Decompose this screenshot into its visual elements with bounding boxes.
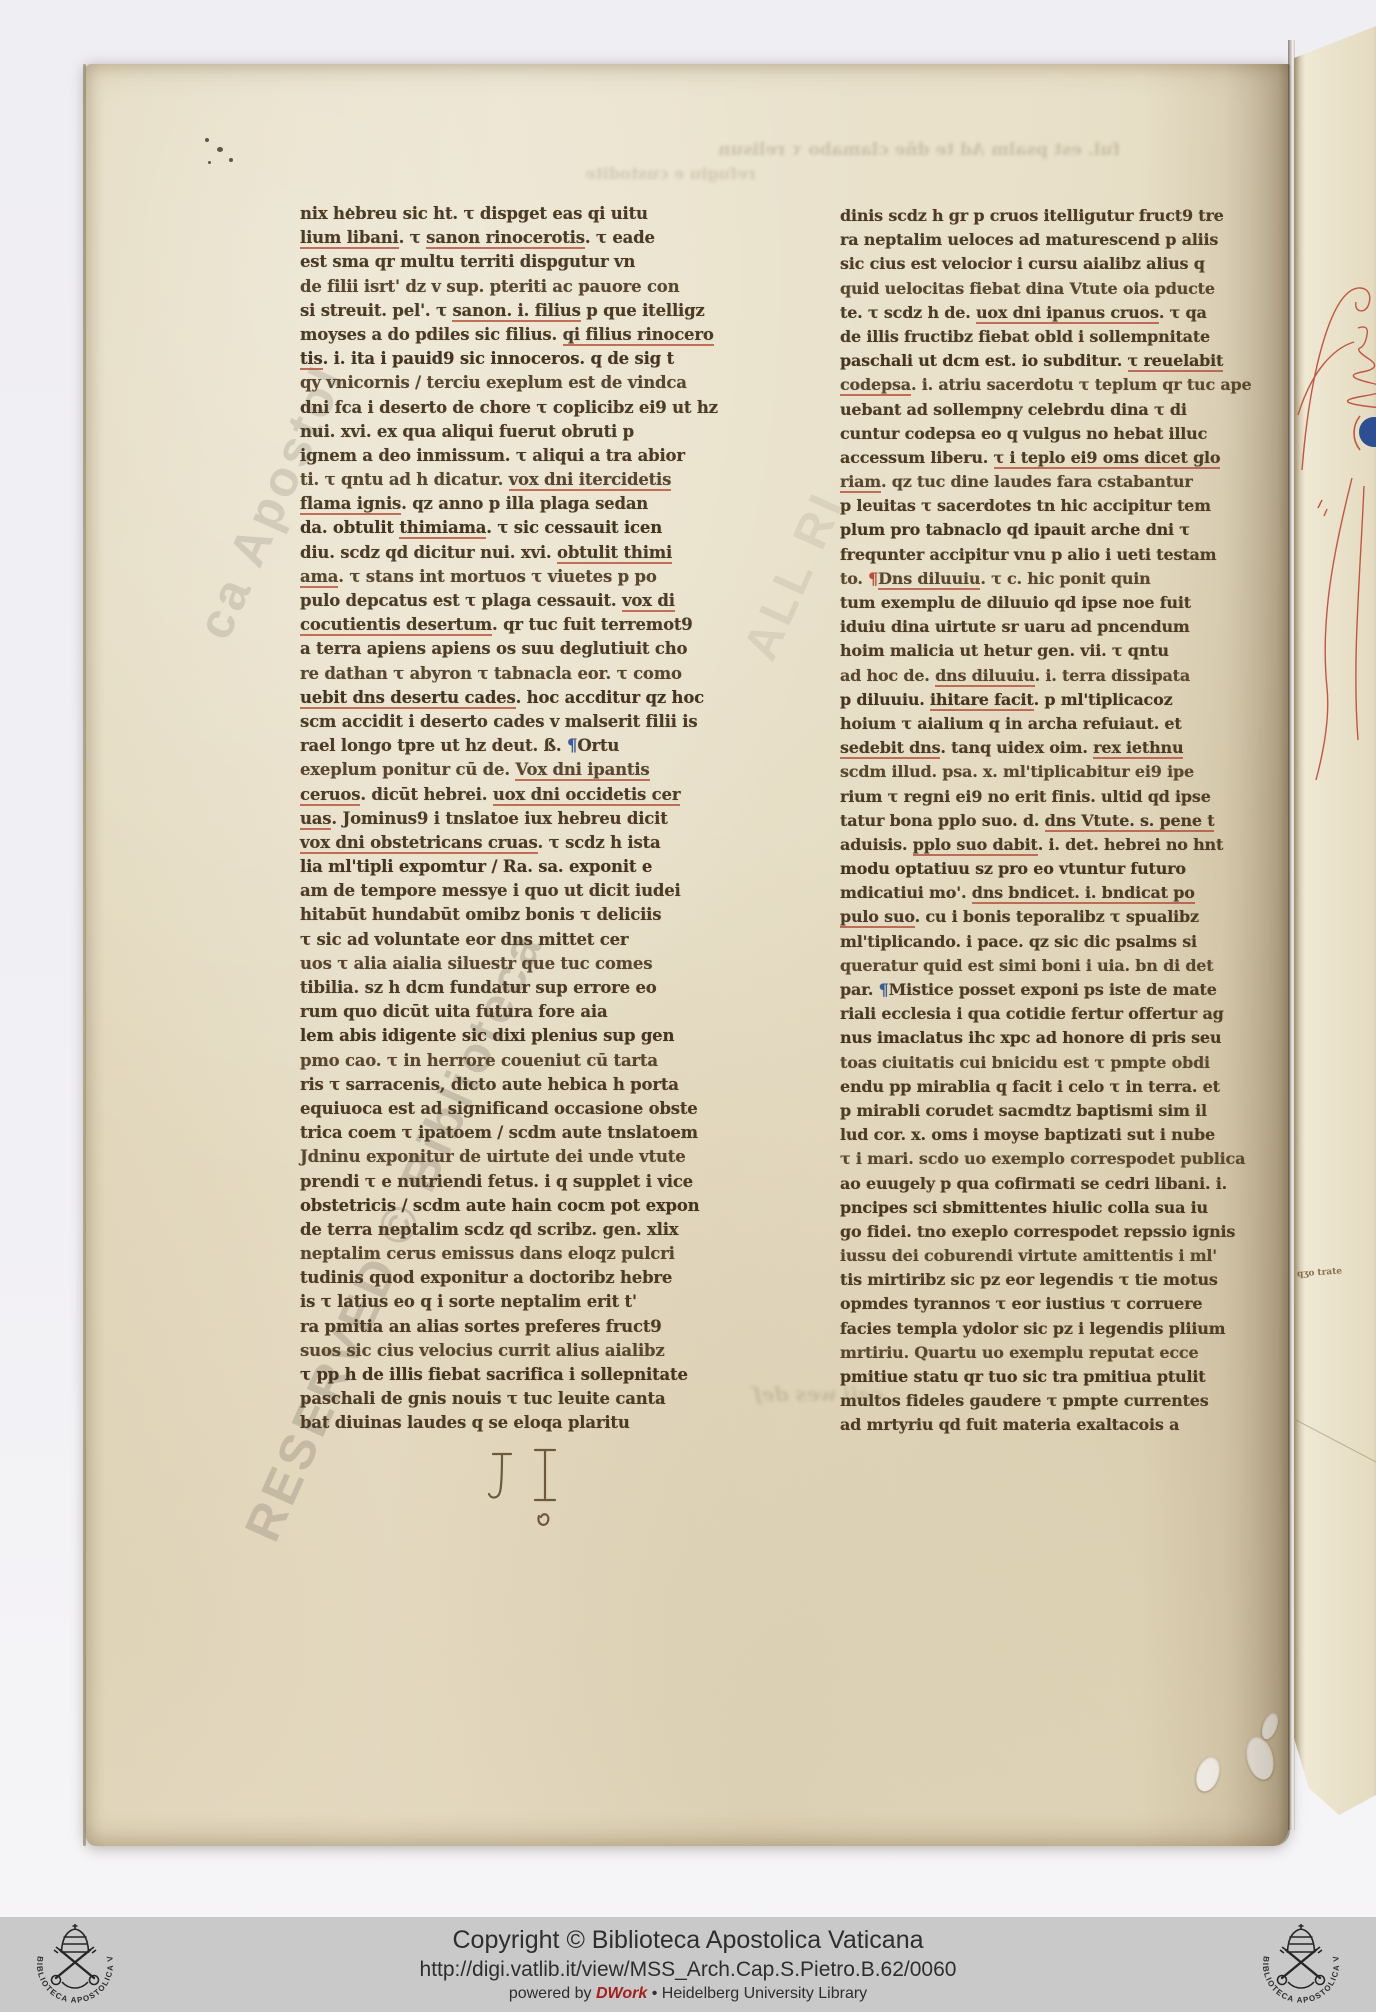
red-underlined-lemma: pplo suo dabit (913, 835, 1038, 856)
manuscript-line: exeplum ponitur cū de. Vox dni ipantis (300, 758, 782, 782)
footer-bar: BIBLIOTECA APOSTOLICA VATICANA Copyright… (0, 1917, 1376, 2012)
manuscript-line: flama ignis. qz anno p illa plaga sedan (300, 492, 782, 516)
ink-spot (208, 161, 211, 164)
manuscript-line: tis. i. ita i pauid9 sic innoceros. q de… (300, 347, 782, 371)
manuscript-line: a terra apiens apiens os suu deglutiuit … (300, 637, 782, 661)
manuscript-line: tudinis quod exponitur a doctoribz hebre (300, 1266, 782, 1290)
red-underlined-lemma: cocutientis desertum (300, 615, 492, 636)
red-underlined-lemma: sanon rinocerotis (426, 228, 585, 249)
red-underlined-lemma: uebit dns desertu cades (300, 688, 516, 709)
red-underlined-lemma: thimiama (399, 518, 486, 539)
manuscript-line: τ sic ad voluntate eor dns mittet cer (300, 928, 782, 952)
manuscript-line: am de tempore messye i quo ut dicit iude… (300, 879, 782, 903)
red-underlined-lemma: obtulit thimi (557, 543, 672, 564)
red-underlined-lemma: ama (300, 567, 338, 588)
manuscript-line: bat diuinas laudes q se eloqa plaritu (300, 1411, 782, 1435)
powered-by-suffix: • Heidelberg University Library (647, 1985, 867, 2002)
ink-spot (217, 147, 223, 152)
red-underlined-lemma: Dns diluuiu (878, 569, 980, 590)
pen-trial-marks (475, 1442, 585, 1552)
red-underlined-lemma: codepsa (840, 375, 911, 396)
manuscript-line: est sma qr multu territi dispgutur vn (300, 250, 782, 274)
manuscript-line: si streuit. pel'. τ sanon. i. filius p q… (300, 299, 782, 323)
red-underlined-lemma: uas (300, 809, 331, 830)
red-underlined-lemma: Vox dni ipantis (515, 760, 649, 781)
digitized-manuscript-viewer: RESERVED © Biblioteca ca Apostol ALL RI … (0, 0, 1376, 2012)
dwork-brand: DWork (596, 1985, 647, 2002)
manuscript-line: paschali de gnis nouis τ tuc leuite cant… (300, 1387, 782, 1411)
manuscript-line: is τ latius eo q i sorte neptalim erit t… (300, 1290, 782, 1314)
footer-text-block: Copyright © Biblioteca Apostolica Vatica… (150, 1926, 1226, 2003)
manuscript-line: ceruos. dicūt hebrei. uox dni occidetis … (300, 783, 782, 807)
manuscript-line: trica coem τ ipatoem / scdm aute tnslato… (300, 1121, 782, 1145)
manuscript-line: qy vnicornis / terciu exeplum est de vin… (300, 371, 782, 395)
manuscript-line: dni fca i deserto de chore τ coplicibz e… (300, 396, 782, 420)
manuscript-line: prendi τ e nutriendi fetus. i q supplet … (300, 1170, 782, 1194)
red-underlined-lemma: sanon. i. filius (452, 301, 580, 322)
paragraph-mark: ¶ (567, 736, 577, 755)
blue-initial-fragment (1359, 417, 1376, 447)
penwork-flourish (1294, 240, 1376, 800)
manuscript-line: lem abis idigente sic dixi plenius sup g… (300, 1024, 782, 1048)
red-underlined-lemma: flama ignis (300, 494, 401, 515)
red-underlined-lemma: riam (840, 472, 881, 493)
source-url: http://digi.vatlib.it/view/MSS_Arch.Cap.… (150, 1958, 1226, 1982)
manuscript-line: nui. xvi. ex qua aliqui fuerut obruti p (300, 420, 782, 444)
manuscript-line: Jdninu exponitur de uirtute dei unde vtu… (300, 1145, 782, 1169)
manuscript-line: τ pp h de illis fiebat sacrifica i solle… (300, 1363, 782, 1387)
manuscript-line: nix hebreu sic ht. τ dispget eas qi uitu (300, 202, 782, 226)
vatican-library-emblem-right: BIBLIOTECA APOSTOLICA VATICANA (1226, 1919, 1376, 2011)
paragraph-mark: ¶ (879, 980, 889, 999)
vatican-emblem-icon: BIBLIOTECA APOSTOLICA VATICANA (27, 1919, 123, 2011)
manuscript-line: lia ml'tipli expomtur / Ra. sa. exponit … (300, 855, 782, 879)
manuscript-line: de terra neptalim scdz qd scribz. gen. x… (300, 1218, 782, 1242)
red-underlined-lemma: tis (300, 349, 323, 370)
vatican-emblem-icon: BIBLIOTECA APOSTOLICA VATICANA (1253, 1919, 1349, 2011)
manuscript-line: equiuoca est ad significand occasione ob… (300, 1097, 782, 1121)
manuscript-line: lium libani. τ sanon rinocerotis. τ eade (300, 226, 782, 250)
manuscript-line: ignem a deo inmissum. τ aliqui a tra abi… (300, 444, 782, 468)
red-underlined-lemma: dns diluuiu (935, 666, 1035, 687)
manuscript-line: uos τ alia aialia siluestr que tuc comes (300, 952, 782, 976)
manuscript-line: rum quo dicūt uita futura fore aia (300, 1000, 782, 1024)
gutter-fold-shading (1140, 64, 1290, 1846)
manuscript-line: re dathan τ abyron τ tabnacla eor. τ com… (300, 662, 782, 686)
red-underlined-lemma: vox dni obstetricans cruas (300, 833, 538, 854)
show-through-text: refugiu e custodite (585, 164, 756, 183)
manuscript-line: ra pmitia an alias sortes preferes fruct… (300, 1315, 782, 1339)
show-through-text: ful. est psalm Ad te dñe clamabo τ relis… (560, 140, 1120, 160)
ink-spot (205, 138, 209, 142)
manuscript-line: scm accidit i deserto cades v malserit f… (300, 710, 782, 734)
manuscript-line: uebit dns desertu cades. hoc accditur qz… (300, 686, 782, 710)
manuscript-line: ris τ sarracenis, dicto aute hebica h po… (300, 1073, 782, 1097)
text-column-left: nix hebreu sic ht. τ dispget eas qi uitu… (300, 202, 782, 1436)
manuscript-line: moyses a do pdiles sic filius. qi filius… (300, 323, 782, 347)
hairline-scratch (1294, 1400, 1376, 1520)
manuscript-line: obstetricis / scdm aute hain cocm pot ex… (300, 1194, 782, 1218)
powered-by-line: powered by DWork • Heidelberg University… (150, 1985, 1226, 2003)
manuscript-line: ti. τ qntu ad h dicatur. vox dni itercid… (300, 468, 782, 492)
manuscript-line: vox dni obstetricans cruas. τ scdz h ist… (300, 831, 782, 855)
red-underlined-lemma: lium libani (300, 228, 399, 249)
manuscript-line: suos sic cius velocius currit alius aial… (300, 1339, 782, 1363)
manuscript-line: ama. τ stans int mortuos τ viuetes p po (300, 565, 782, 589)
powered-by-prefix: powered by (509, 1985, 596, 2002)
manuscript-line: uas. Jominus9 i tnslatoe iux hebreu dici… (300, 807, 782, 831)
page-seam (1288, 40, 1295, 1830)
manuscript-page: RESERVED © Biblioteca ca Apostol ALL RI … (85, 64, 1290, 1846)
vatican-library-emblem-left: BIBLIOTECA APOSTOLICA VATICANA (0, 1919, 150, 2011)
red-underlined-lemma: ceruos (300, 785, 360, 806)
manuscript-line: hitabūt hundabūt omibz bonis τ deliciis (300, 903, 782, 927)
manuscript-line: rael longo tpre ut hz deut. ß. ¶Ortu (300, 734, 782, 758)
page-left-edge (83, 64, 86, 1846)
manuscript-line: neptalim cerus emissus dans eloqz pulcri (300, 1242, 782, 1266)
manuscript-line: diu. scdz qd dicitur nui. xvi. obtulit t… (300, 541, 782, 565)
manuscript-line: de filii isrt' dz v sup. pteriti ac pauo… (300, 275, 782, 299)
adjacent-folio-edge (1294, 0, 1376, 1915)
red-underlined-lemma: pulo suo (840, 907, 915, 928)
red-underlined-lemma: uox dni ipanus cruos (976, 303, 1159, 324)
red-underlined-lemma: ihitare facit (930, 690, 1034, 711)
red-underlined-lemma: qi filius rinocero (563, 325, 714, 346)
red-underlined-lemma: vox dni itercidetis (509, 470, 672, 491)
manuscript-line: da. obtulit thimiama. τ sic cessauit ice… (300, 516, 782, 540)
manuscript-line: cocutientis desertum. qr tuc fuit terrem… (300, 613, 782, 637)
ink-spot (229, 158, 233, 162)
red-underlined-lemma: vox di (622, 591, 675, 612)
red-underlined-lemma: uox dni occidetis cer (493, 785, 681, 806)
manuscript-line: pulo depcatus est τ plaga cessauit. vox … (300, 589, 782, 613)
red-underlined-lemma: sedebit dns (840, 738, 940, 759)
copyright-line: Copyright © Biblioteca Apostolica Vatica… (150, 1926, 1226, 1955)
paragraph-mark: ¶ (868, 569, 878, 588)
manuscript-line: tibilia. sz h dcm fundatur sup errore eo (300, 976, 782, 1000)
manuscript-line: pmo cao. τ in herrore coueniut cū tarta (300, 1049, 782, 1073)
